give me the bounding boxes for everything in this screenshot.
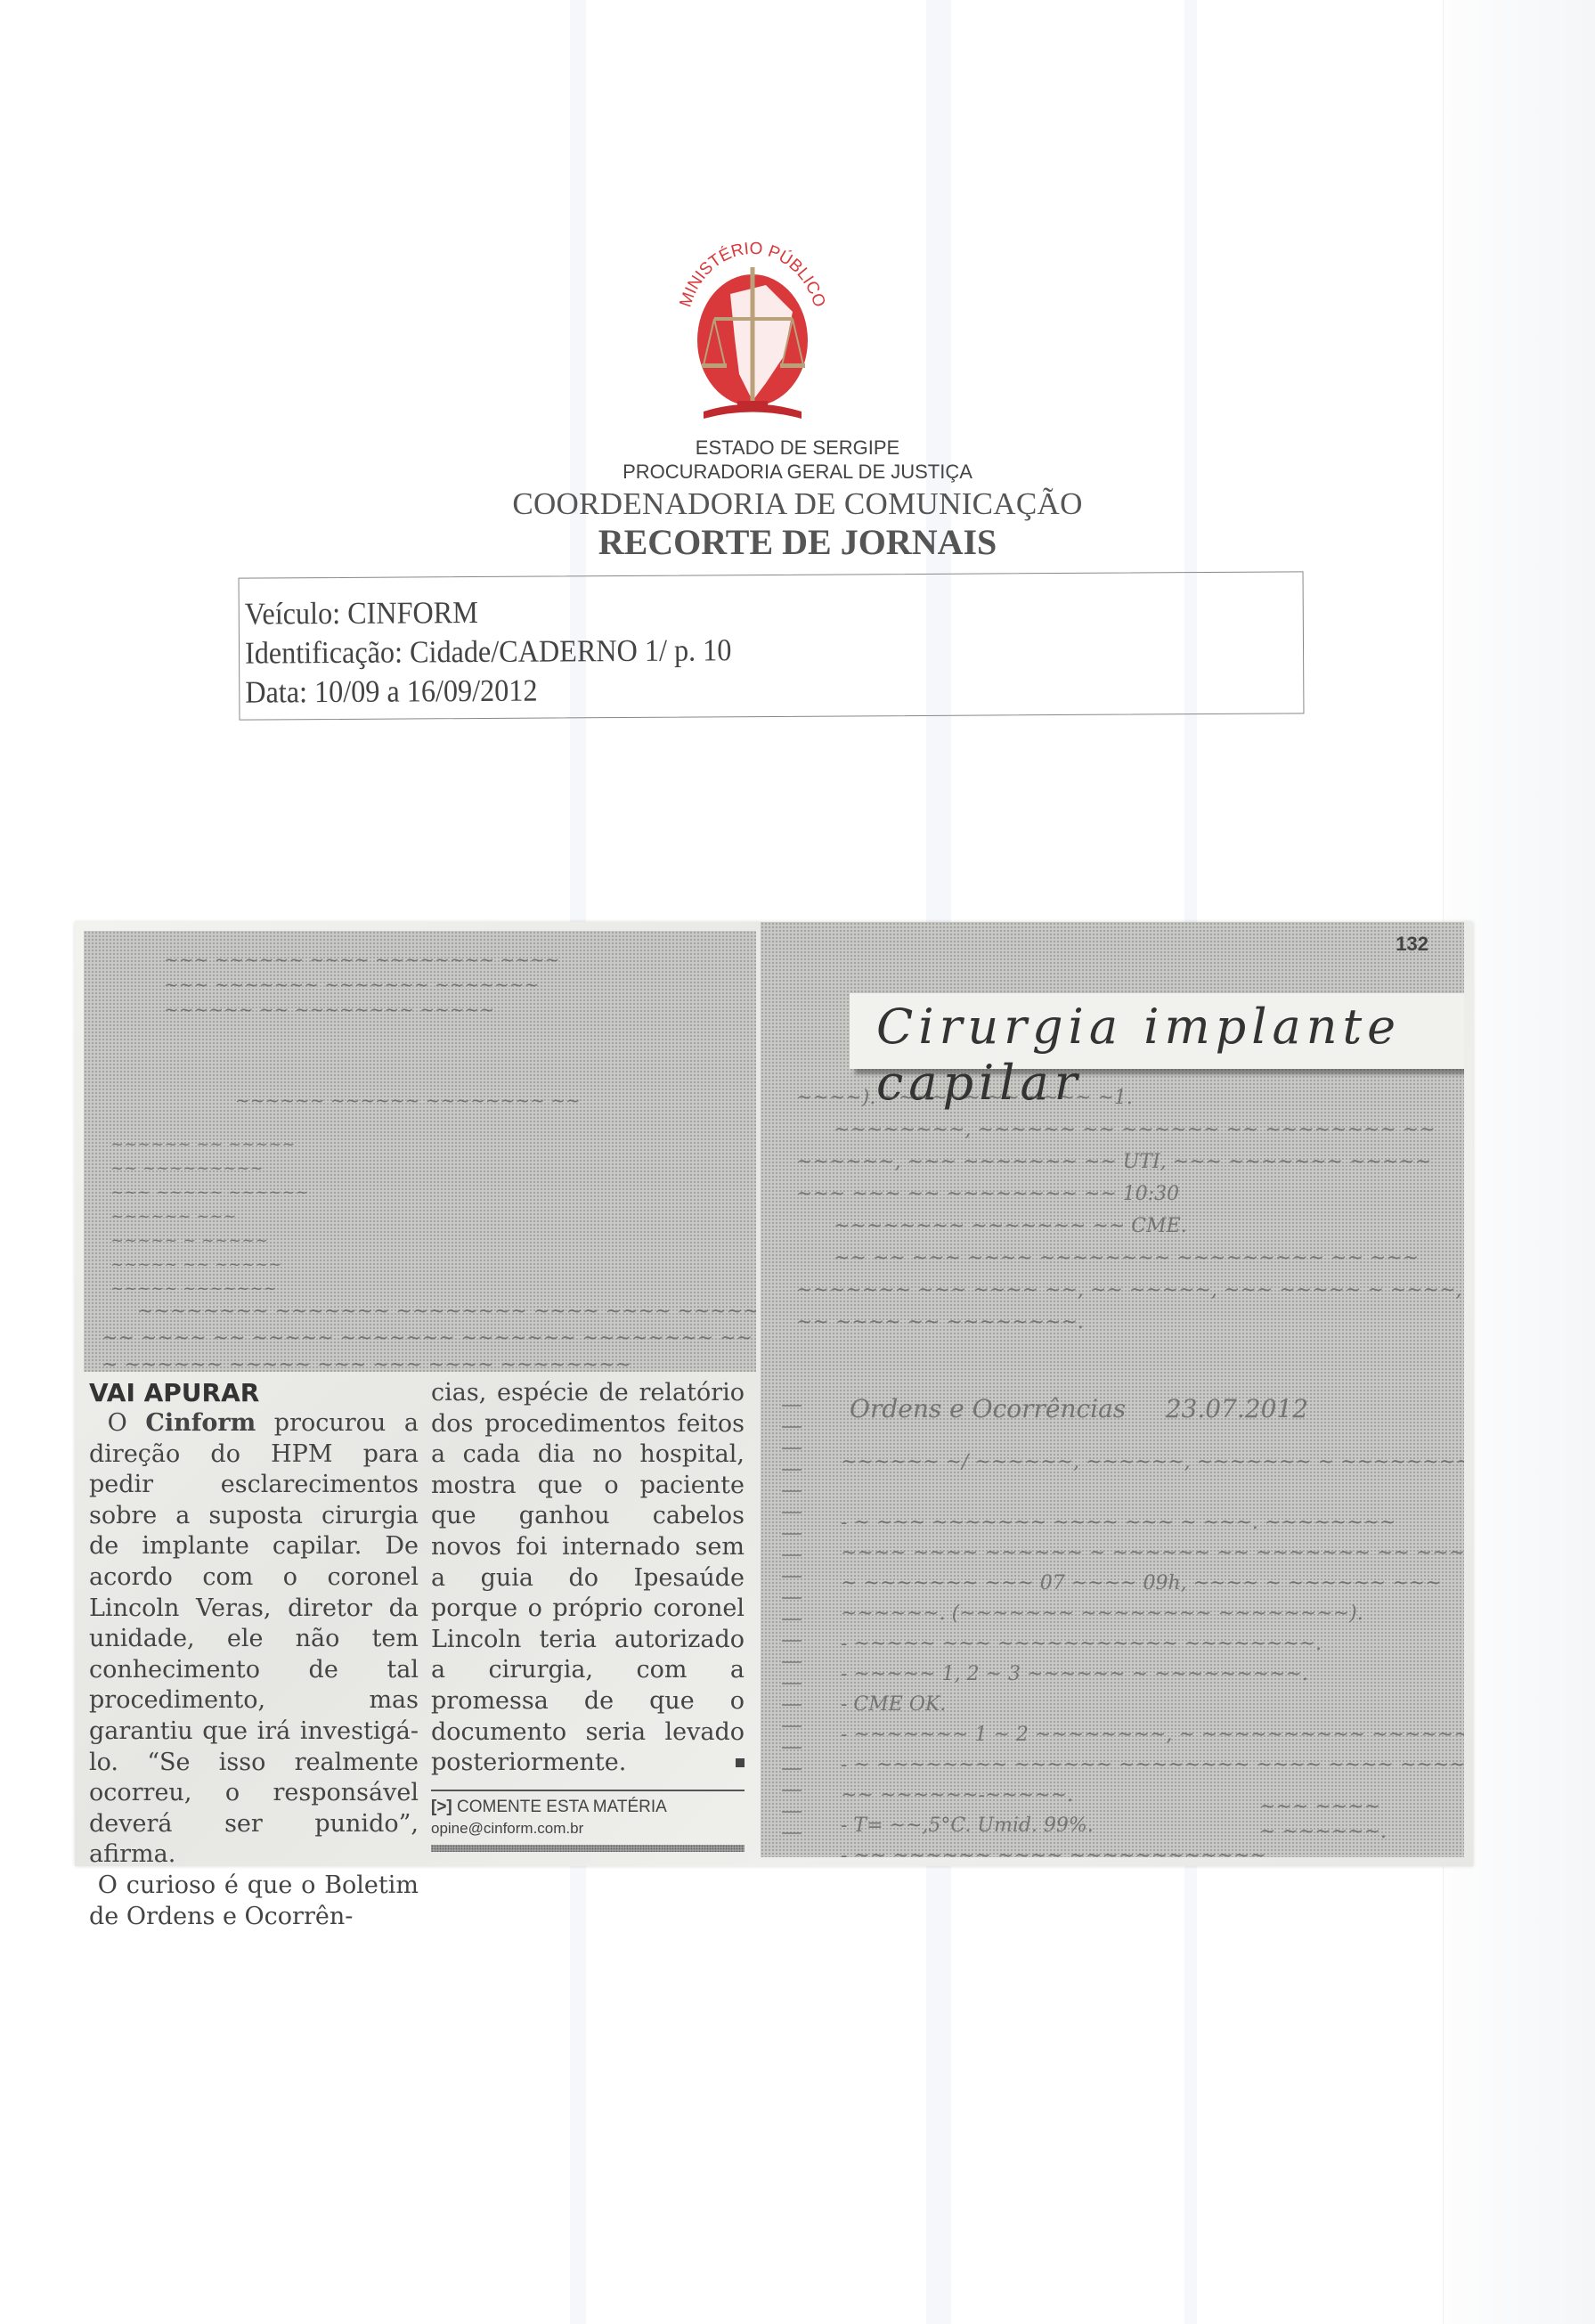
photo-handwritten-document-right: 132 Cirurgia implante capilar ~~~~). ~~~… [761,922,1464,1857]
photo-caption-strip: Cirurgia implante capilar [850,993,1464,1069]
notebook-margin [782,1385,802,1848]
header-agency: PROCURADORIA GERAL DE JUSTIÇA [0,461,1595,484]
note-heading: Ordens e Ocorrências [850,1394,1126,1423]
divider [431,1845,745,1852]
vehicle-line: Veículo: CINFORM [245,589,1214,634]
clipping-info-box: Veículo: CINFORM Identificação: Cidade/C… [239,571,1305,720]
end-of-article-mark [736,1758,745,1767]
comment-arrow-icon: [>] [431,1798,452,1816]
newspaper-clipping: ~~~ ~~~~~~ ~~~~ ~~~~~~~~ ~~~~ ~~~ ~~~~~~… [75,922,1473,1866]
article-lead-bold: Cinform [145,1409,256,1437]
article-paragraph: cias, espécie de relatório dos procedime… [431,1378,745,1779]
header-department: COORDENADORIA DE COMUNICAÇÃO [0,486,1595,522]
document-page-number: 132 [1396,933,1428,956]
article-paragraph: O Cinform procurou a direção do HPM para… [89,1408,419,1871]
scales-of-justice-sword-emblem-icon: MINISTÉRIO PÚBLICO [668,223,837,428]
article-column-1: VAI APURAR O Cinform procurou a direção … [89,1378,419,1932]
article-column-2: cias, espécie de relatório dos procedime… [431,1378,745,1852]
identification-line: Identificação: Cidade/CADERNO 1/ p. 10 [245,628,1214,673]
date-line: Data: 10/09 a 16/09/2012 [245,667,1214,713]
comment-email[interactable]: opine@cinform.com.br [431,1818,745,1839]
header-state: ESTADO DE SERGIPE [0,436,1595,460]
comment-label: COMENTE ESTA MATÉRIA [457,1798,667,1816]
article-kicker: VAI APURAR [89,1378,419,1408]
page-title: RECORTE DE JORNAIS [0,521,1595,563]
photo-handwritten-document-left: ~~~ ~~~~~~ ~~~~ ~~~~~~~~ ~~~~ ~~~ ~~~~~~… [84,931,756,1372]
article-paragraph: O curioso é que o Boletim de Ordens e Oc… [89,1871,419,1932]
note-date: 23.07.2012 [1166,1394,1308,1423]
comment-box: [>] COMENTE ESTA MATÉRIA opine@cinform.c… [431,1790,745,1852]
